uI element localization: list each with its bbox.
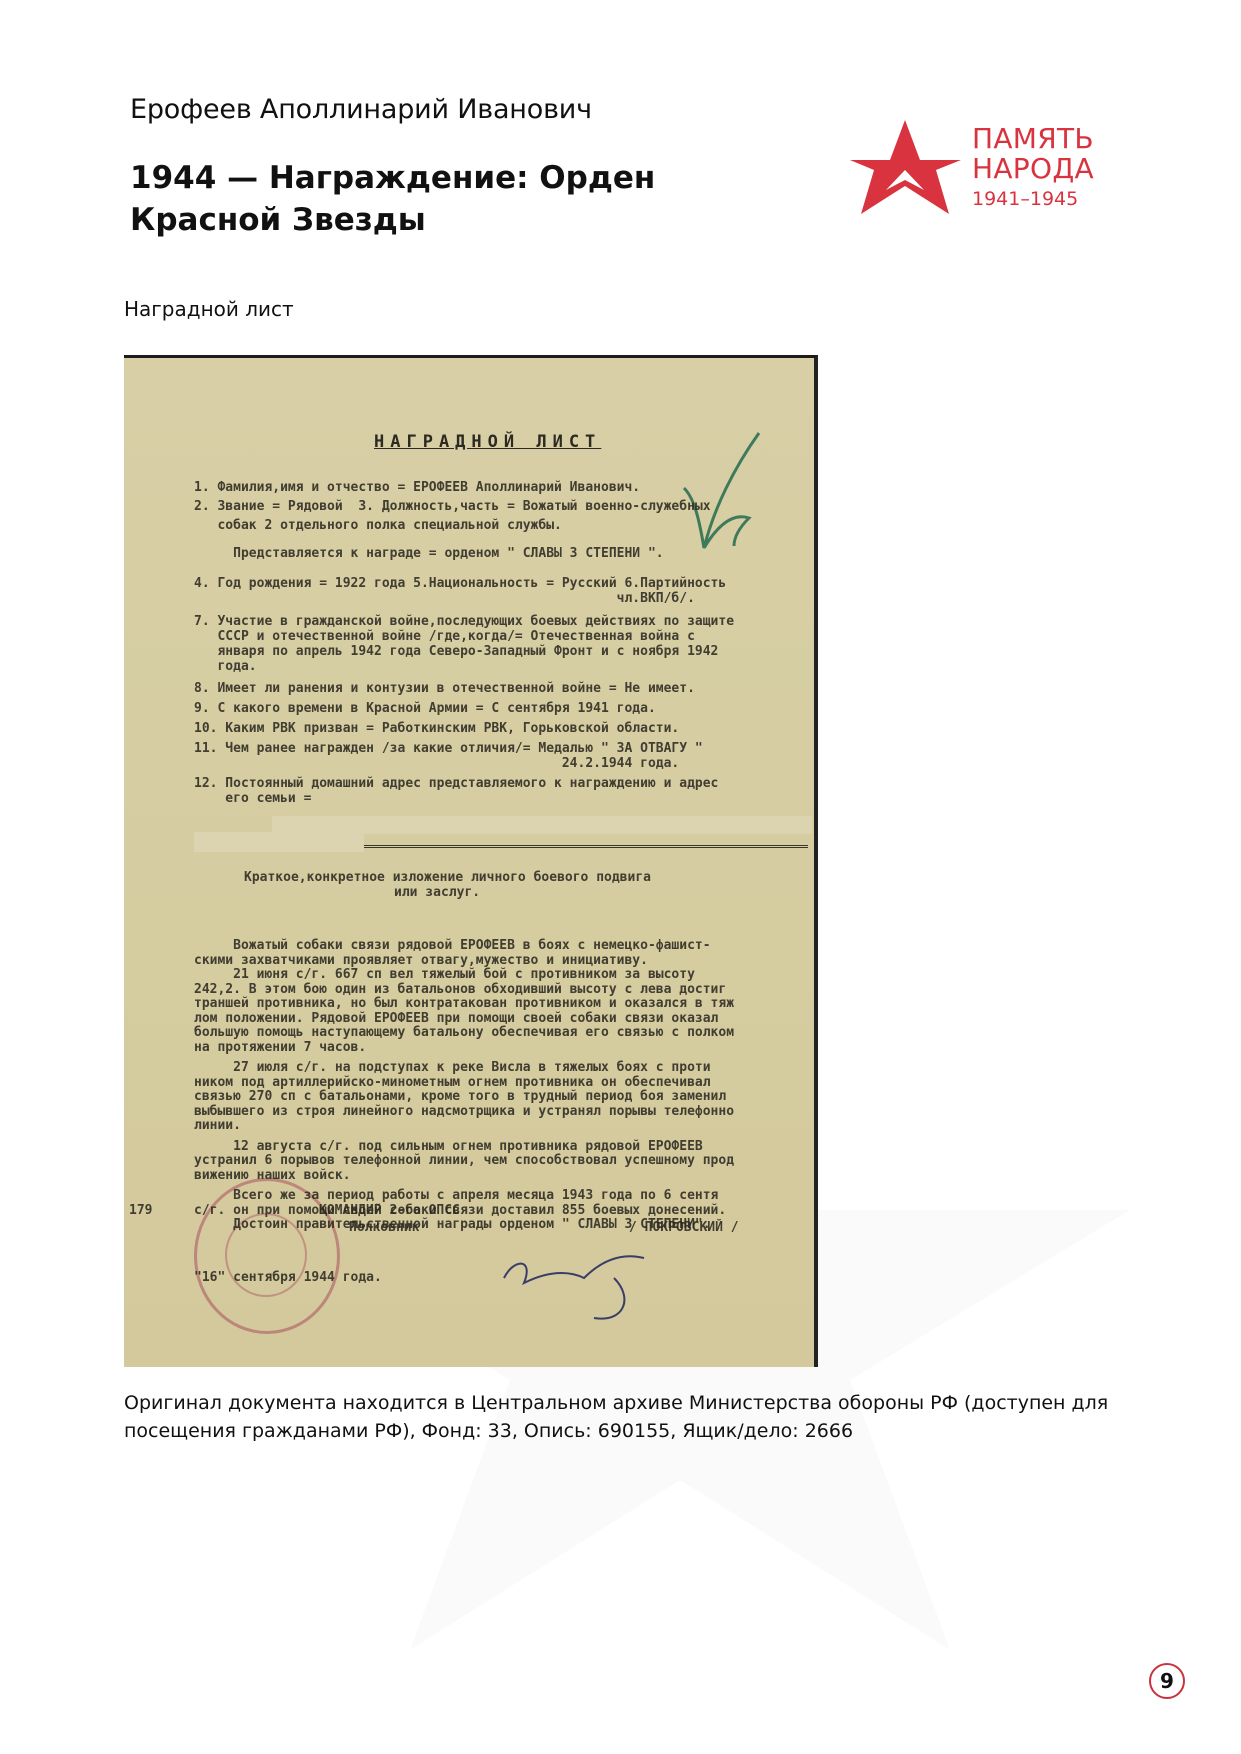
scan-body-line: траншей противника, но был контратакован… xyxy=(194,996,734,1011)
scan-line: 1. Фамилия,имя и отчество = ЕРОФЕЕВ Апол… xyxy=(194,480,640,495)
scan-body-line: на протяжении 7 часов. xyxy=(194,1040,366,1055)
scan-body-line: Всего же за период работы с апреля месяц… xyxy=(194,1188,718,1203)
scan-line: 12. Постоянный домашний адрес представля… xyxy=(194,776,718,791)
scan-line: 2. Звание = Рядовой 3. Должность,часть =… xyxy=(194,499,711,514)
scan-title: НАГРАДНОЙ ЛИСТ xyxy=(374,432,601,452)
scan-body-line: 12 августа с/г. под сильным огнем против… xyxy=(194,1139,703,1154)
scan-summary-heading: Краткое,конкретное изложение личного бое… xyxy=(244,870,651,885)
redacted-address-2 xyxy=(194,832,364,852)
scan-line: 4. Год рождения = 1922 года 5.Национальн… xyxy=(194,576,726,591)
scan-body-line: линии. xyxy=(194,1118,241,1133)
scan-body-line: 21 июня с/г. 667 сп вел тяжелый бой с пр… xyxy=(194,967,695,982)
scan-line: 24.2.1944 года. xyxy=(194,756,679,771)
green-pencil-mark-icon xyxy=(664,428,774,558)
section-label: Наградной лист xyxy=(124,297,294,321)
pamyat-naroda-logo: ПАМЯТЬ НАРОДА 1941–1945 xyxy=(848,118,1138,218)
scan-line: 9. С какого времени в Красной Армии = С … xyxy=(194,701,656,716)
scan-commander: КОМАНДИР 2-го ОПСС xyxy=(319,1203,460,1218)
scan-body-line: устранил 6 порывов телефонной линии, чем… xyxy=(194,1153,734,1168)
scan-body-line: 242,2. В этом бою один из батальонов обх… xyxy=(194,982,726,997)
scan-body-line: связью 270 сп с батальонами, кроме того … xyxy=(194,1089,726,1104)
scan-body-line: вижению наших войск. xyxy=(194,1168,351,1183)
scan-line: года. xyxy=(194,659,257,674)
scan-body-line: скими захватчиками проявляет отвагу,муже… xyxy=(194,953,648,968)
scan-line: января по апрель 1942 года Северо-Западн… xyxy=(194,644,718,659)
scan-line: собак 2 отдельного полка специальной слу… xyxy=(194,518,562,533)
logo-line-2: НАРОДА xyxy=(972,154,1094,184)
scan-date: "16" сентября 1944 года. xyxy=(194,1270,382,1285)
page-number: 9 xyxy=(1149,1663,1185,1699)
logo-years: 1941–1945 xyxy=(972,186,1094,212)
scan-line: Представляется к награде = орденом " СЛА… xyxy=(194,546,664,561)
scan-body-line: выбывшего из строя линейного надсмотрщик… xyxy=(194,1104,734,1119)
scan-line: чл.ВКП/б/. xyxy=(194,591,695,606)
scan-margin-note: 179 xyxy=(129,1203,152,1218)
scan-signatory: / ПОКРОВСКИЙ / xyxy=(629,1220,739,1235)
scan-line: 11. Чем ранее награжден /за какие отличи… xyxy=(194,741,703,756)
scan-line: 7. Участие в гражданской войне,последующ… xyxy=(194,614,734,629)
scan-line: его семьи = xyxy=(194,791,311,806)
scan-summary-heading: или заслуг. xyxy=(394,885,480,900)
award-sheet-scan: НАГРАДНОЙ ЛИСТ 1. Фамилия,имя и отчество… xyxy=(124,355,818,1367)
red-star-icon xyxy=(848,118,963,218)
logo-line-1: ПАМЯТЬ xyxy=(972,124,1094,154)
scan-body-line: большую помощь наступающему батальону об… xyxy=(194,1025,734,1040)
scan-body-line: с/г. он при помощи своей собаки связи до… xyxy=(194,1203,726,1218)
scan-line: 10. Каким РВК призван = Работкинским РВК… xyxy=(194,721,679,736)
scan-body-line: ником под артиллерийско-минометным огнем… xyxy=(194,1075,711,1090)
scan-body-line: лом положении. Рядовой ЕРОФЕЕВ при помощ… xyxy=(194,1011,718,1026)
archive-caption: Оригинал документа находится в Центральн… xyxy=(124,1389,1114,1445)
scan-body-line: Вожатый собаки связи рядовой ЕРОФЕЕВ в б… xyxy=(194,938,711,953)
logo-text: ПАМЯТЬ НАРОДА 1941–1945 xyxy=(972,124,1094,212)
signature-icon xyxy=(494,1238,674,1328)
person-name: Ерофеев Аполлинарий Иванович xyxy=(130,94,592,125)
scan-body-line: 27 июля с/г. на подступах к реке Висла в… xyxy=(194,1060,711,1075)
scan-rank: Полковник xyxy=(349,1220,419,1235)
award-title: 1944 — Награждение: Орден Красной Звезды xyxy=(130,157,730,241)
scan-line: СССР и отечественной войне /где,когда/= … xyxy=(194,629,695,644)
scan-line: 8. Имеет ли ранения и контузии в отечест… xyxy=(194,681,695,696)
